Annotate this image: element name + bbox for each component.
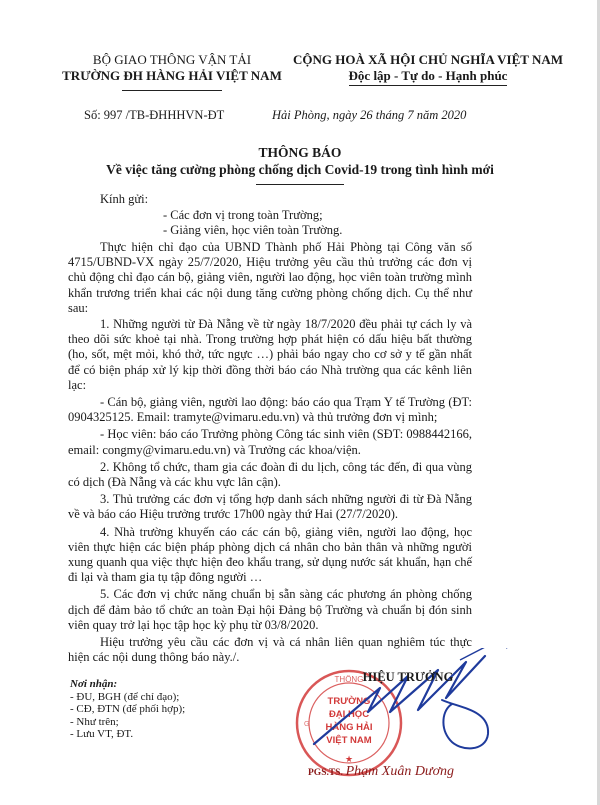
body-paragraph-item-1: 1. Những người từ Đà Nẵng về từ ngày 18/… [68, 317, 472, 393]
body-paragraph-item-5: 5. Các đơn vị chức năng chuẩn bị sẵn sàn… [68, 587, 472, 633]
recipient-item: - Lưu VT, ĐT. [70, 728, 185, 741]
addressee-item: - Giảng viên, học viên toàn Trường. [163, 223, 342, 238]
signer-name: Phạm Xuân Dương [346, 764, 454, 779]
document-title: THÔNG BÁO Về việc tăng cường phòng chống… [0, 144, 600, 185]
document-number: Số: 997 /TB-ĐHHHVN-ĐT [84, 108, 224, 123]
recipient-item: - CĐ, ĐTN (để phối hợp); [70, 703, 185, 716]
national-header: CỘNG HOÀ XÃ HỘI CHỦ NGHĨA VIỆT NAM Độc l… [288, 52, 568, 86]
school-name: TRƯỜNG ĐH HÀNG HẢI VIỆT NAM [62, 68, 282, 84]
signature-block: HIỆU TRƯỞNG THÔNG G TRƯỜNG ĐẠI HỌC HÀNG … [290, 668, 540, 793]
title-subject: Về việc tăng cường phòng chống dịch Covi… [0, 161, 600, 178]
addressee-item: - Các đơn vị trong toàn Trường; [163, 208, 342, 223]
title-heading: THÔNG BÁO [0, 144, 600, 161]
body-paragraph-intro: Thực hiện chỉ đạo của UBND Thành phố Hải… [68, 240, 472, 316]
body-paragraph-item-4: 4. Nhà trường khuyến cáo các cán bộ, giả… [68, 525, 472, 586]
recipient-item: - ĐU, BGH (để chỉ đạo); [70, 691, 185, 704]
body-paragraph-staff-contact: - Cán bộ, giảng viên, người lao động: bá… [68, 395, 472, 425]
recipients-label: Nơi nhận: [70, 678, 185, 691]
svg-text:G: G [304, 721, 309, 728]
body-paragraph-item-3: 3. Thủ trưởng các đơn vị tổng hợp danh s… [68, 492, 472, 522]
nation-name: CỘNG HOÀ XÃ HỘI CHỦ NGHĨA VIỆT NAM [288, 52, 568, 68]
handwritten-signature-icon [310, 648, 530, 758]
title-divider [256, 184, 344, 185]
body-paragraph-student-contact: - Học viên: báo cáo Trưởng phòng Công tá… [68, 427, 472, 457]
header-divider [122, 90, 222, 91]
recipients-block: Nơi nhận: - ĐU, BGH (để chỉ đạo); - CĐ, … [70, 678, 185, 741]
signer-name-block: PGS.TS. Phạm Xuân Dương [308, 764, 454, 780]
recipient-item: - Như trên; [70, 716, 185, 729]
signer-degree: PGS.TS. [308, 768, 343, 778]
national-motto: Độc lập - Tự do - Hạnh phúc [349, 68, 508, 86]
signer-title: HIỆU TRƯỞNG [328, 670, 488, 685]
document-page: BỘ GIAO THÔNG VẬN TẢI TRƯỜNG ĐH HÀNG HẢI… [0, 0, 600, 805]
ministry-name: BỘ GIAO THÔNG VẬN TẢI [62, 52, 282, 68]
body-paragraph-item-2: 2. Không tổ chức, tham gia các đoàn đi d… [68, 460, 472, 490]
issuer-header: BỘ GIAO THÔNG VẬN TẢI TRƯỜNG ĐH HÀNG HẢI… [62, 52, 282, 91]
addressee-label: Kính gửi: [100, 192, 148, 207]
place-date: Hải Phòng, ngày 26 tháng 7 năm 2020 [272, 108, 466, 123]
addressee-list: - Các đơn vị trong toàn Trường; - Giảng … [163, 208, 342, 238]
document-body: Thực hiện chỉ đạo của UBND Thành phố Hải… [68, 240, 472, 666]
